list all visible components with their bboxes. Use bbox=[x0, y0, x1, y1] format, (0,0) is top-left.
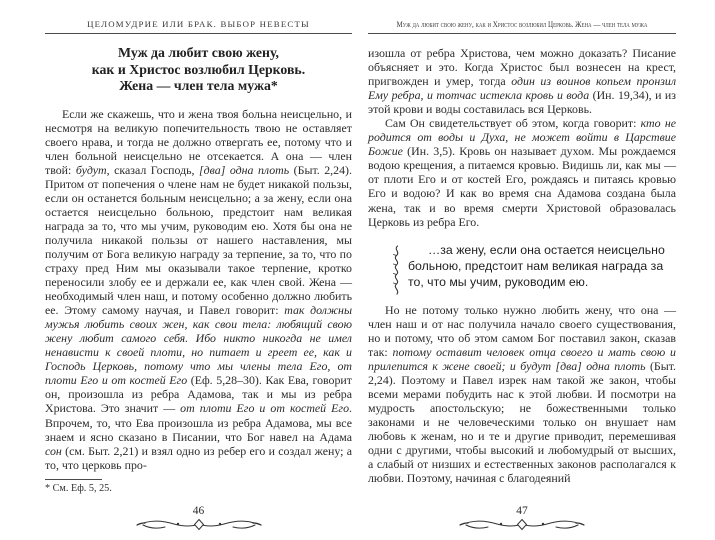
body-paragraph: Сам Он свидетельствует об этом, когда го… bbox=[368, 116, 676, 228]
page-footer-right: 47 bbox=[368, 505, 676, 531]
page-right: Муж да любит свою жену, как и Христос во… bbox=[357, 0, 715, 540]
book-spread: ЦЕЛОМУДРИЕ ИЛИ БРАК. ВЫБОР НЕВЕСТЫ Муж д… bbox=[0, 0, 715, 540]
chapter-title-line-1: Муж да любит свою жену, bbox=[45, 45, 352, 62]
footnote-rule bbox=[45, 479, 102, 480]
header-rule-right bbox=[368, 33, 676, 34]
page-number: 47 bbox=[368, 505, 676, 517]
running-head-right-text: Муж да любит свою жену, как и Христос во… bbox=[397, 19, 648, 29]
footer-flourish-icon bbox=[134, 517, 264, 531]
footer-flourish-icon bbox=[457, 517, 587, 531]
chapter-title: Муж да любит свою жену, как и Христос во… bbox=[45, 45, 352, 95]
pull-quote-text: …за жену, если она остается неисцельно б… bbox=[408, 242, 676, 291]
chapter-title-line-2: как и Христос возлюбил Церковь. bbox=[45, 62, 352, 79]
page-left: ЦЕЛОМУДРИЕ ИЛИ БРАК. ВЫБОР НЕВЕСТЫ Муж д… bbox=[0, 0, 357, 540]
footnote: * См. Еф. 5, 25. bbox=[45, 483, 352, 494]
header-rule-left bbox=[45, 33, 352, 34]
quote-vine-icon bbox=[392, 245, 401, 295]
chapter-title-line-3: Жена — член тела мужа* bbox=[45, 78, 352, 95]
page-number: 46 bbox=[45, 505, 352, 517]
body-paragraph: Но не потому только нужно любить жену, ч… bbox=[368, 303, 676, 486]
body-paragraph: Если же скажешь, что и жена твоя больна … bbox=[45, 107, 352, 472]
running-head-right: Муж да любит свою жену, как и Христос во… bbox=[368, 19, 676, 29]
body-paragraph: изошла от ребра Христова, чем можно дока… bbox=[368, 46, 676, 116]
page-footer-left: 46 bbox=[45, 505, 352, 531]
pull-quote: …за жену, если она остается неисцельно б… bbox=[392, 242, 676, 291]
running-head-left: ЦЕЛОМУДРИЕ ИЛИ БРАК. ВЫБОР НЕВЕСТЫ bbox=[45, 19, 352, 29]
